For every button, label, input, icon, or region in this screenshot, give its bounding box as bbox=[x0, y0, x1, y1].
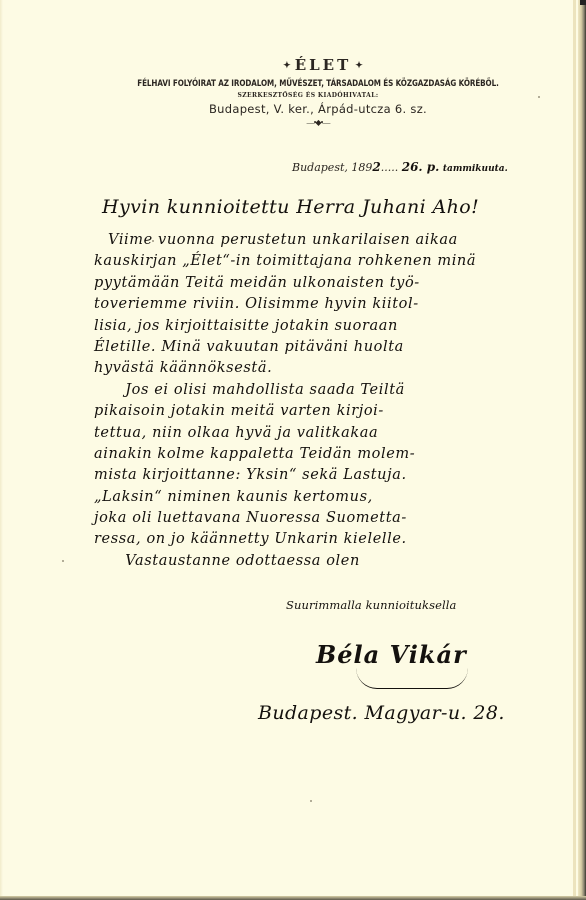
salutation: Hyvin kunnioitettu Herra Juhani Aho! bbox=[102, 196, 479, 218]
closing: Suurimmalla kunnioituksella bbox=[286, 598, 456, 612]
scanned-letter-page: ✦ÉLET✦ FÉLHAVI FOLYÓIRAT AZ IRODALOM, MŰ… bbox=[0, 0, 586, 900]
letter-body: Viime vuonna perustetun unkarilaisen aik… bbox=[94, 230, 534, 572]
letterhead-divider: —•◆•— bbox=[50, 118, 586, 128]
page-left-edge bbox=[0, 0, 3, 900]
journal-name: ÉLET bbox=[295, 56, 352, 74]
body-line: ressa, on jo käännetty Unkarin kielelle. bbox=[94, 529, 534, 550]
paper-speck bbox=[62, 560, 64, 562]
ornament-icon: ✦ bbox=[283, 61, 291, 71]
body-line: kauskirjan „Élet“-in toimittajana rohken… bbox=[94, 251, 534, 272]
dateline-day: 26. p. bbox=[402, 160, 440, 174]
letterhead-address: Budapest, V. ker., Árpád-utcza 6. sz. bbox=[50, 102, 586, 116]
body-line: joka oli luettavana Nuoressa Suometta- bbox=[94, 508, 534, 529]
body-line: pikaisoin jotakin meitä varten kirjoi- bbox=[94, 401, 534, 422]
signature: Béla Vikár bbox=[316, 640, 467, 669]
body-line: pyytämään Teitä meidän ulkonaisten työ- bbox=[94, 273, 534, 294]
dateline: Budapest, 1892..... 26. p. tammikuuta. bbox=[292, 160, 508, 174]
page-bottom-edge bbox=[0, 896, 586, 900]
letterhead-office-label: SZERKESZTŐSÉG ÉS KIADÓHIVATAL: bbox=[30, 91, 586, 101]
body-line: toveriemme riviin. Olisimme hyvin kiitol… bbox=[94, 294, 534, 315]
paper-speck bbox=[152, 240, 154, 242]
dateline-month: tammikuuta. bbox=[443, 164, 508, 174]
page-right-edge-inner bbox=[573, 0, 576, 900]
sender-address: Budapest. Magyar-u. 28. bbox=[258, 702, 505, 724]
dateline-dots: ..... bbox=[381, 161, 398, 174]
body-line: Jos ei olisi mahdollista saada Teiltä bbox=[94, 380, 534, 401]
paper-speck bbox=[538, 96, 540, 98]
body-line: tettua, niin olkaa hyvä ja valitkakaa bbox=[94, 423, 534, 444]
body-line: mista kirjoittanne: Yksin“ sekä Lastuja. bbox=[94, 465, 534, 486]
dateline-year-digit: 2 bbox=[372, 160, 380, 174]
body-line: Vastaustanne odottaessa olen bbox=[94, 551, 534, 572]
body-line: lisia, jos kirjoittaisitte jotakin suora… bbox=[94, 316, 534, 337]
dateline-printed: Budapest, 189 bbox=[292, 161, 372, 174]
page-corner-mark bbox=[580, 0, 586, 5]
letterhead-title: ✦ÉLET✦ bbox=[60, 56, 586, 75]
body-line: hyvästä käännöksestä. bbox=[94, 358, 534, 379]
letterhead: ✦ÉLET✦ FÉLHAVI FOLYÓIRAT AZ IRODALOM, MŰ… bbox=[0, 56, 586, 128]
body-line: ainakin kolme kappaletta Teidän molem- bbox=[94, 444, 534, 465]
signature-flourish bbox=[356, 668, 468, 689]
body-line: Életille. Minä vakuutan pitäväni huolta bbox=[94, 337, 534, 358]
letterhead-subtitle: FÉLHAVI FOLYÓIRAT AZ IRODALOM, MŰVÉSZET,… bbox=[88, 77, 549, 89]
ornament-icon: ✦ bbox=[355, 61, 363, 71]
paper-speck bbox=[310, 800, 312, 802]
body-line: „Laksin“ niminen kaunis kertomus, bbox=[94, 487, 534, 508]
paper-speck bbox=[130, 452, 132, 454]
body-line: Viime vuonna perustetun unkarilaisen aik… bbox=[94, 230, 534, 251]
page-right-edge bbox=[578, 0, 586, 900]
